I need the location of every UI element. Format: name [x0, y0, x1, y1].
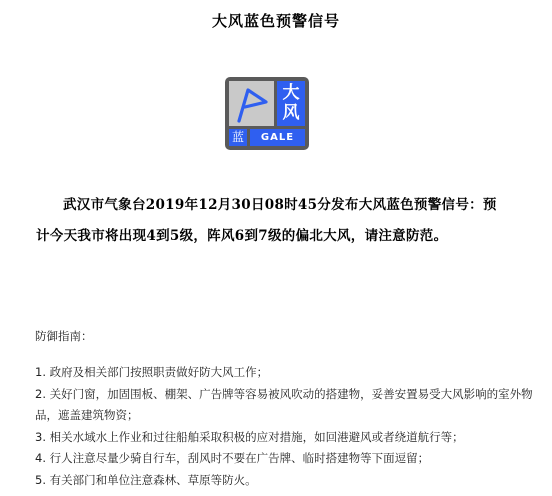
defense-guide: 防御指南： 1. 政府及相关部门按照职责做好防大风工作； 2. 关好门窗，加固围… — [35, 328, 535, 491]
signal-level-label: 蓝 — [229, 129, 247, 146]
warning-announcement: 武汉市气象台2019年12月30日08时45分发布大风蓝色预警信号：预计今天我市… — [36, 190, 506, 252]
guide-item-5: 5. 有关部门和单位注意森林、草原等防火。 — [35, 470, 535, 492]
guide-item-4: 4. 行人注意尽量少骑自行车，刮风时不要在广告牌、临时搭建物等下面逗留； — [35, 448, 535, 470]
guide-item-3: 3. 相关水域水上作业和过往船舶采取积极的应对措施，如回港避风或者绕道航行等； — [35, 427, 535, 449]
wind-flag-icon — [229, 81, 274, 126]
signal-cn-label: 大 风 — [277, 81, 305, 126]
gale-blue-warning-signal-icon: 大 风 蓝 GALE — [225, 77, 309, 150]
signal-cn-label-line1: 大 — [277, 83, 305, 103]
signal-en-label: GALE — [250, 129, 305, 146]
wind-flag-panel — [229, 81, 274, 126]
guide-item-2: 2. 关好门窗，加固围板、棚架、广告牌等容易被风吹动的搭建物，妥善安置易受大风影… — [35, 384, 535, 427]
page-title: 大风蓝色预警信号 — [0, 10, 552, 31]
signal-cn-label-line2: 风 — [277, 103, 305, 123]
guide-item-1: 1. 政府及相关部门按照职责做好防大风工作； — [35, 362, 535, 384]
guide-title: 防御指南： — [35, 328, 535, 344]
